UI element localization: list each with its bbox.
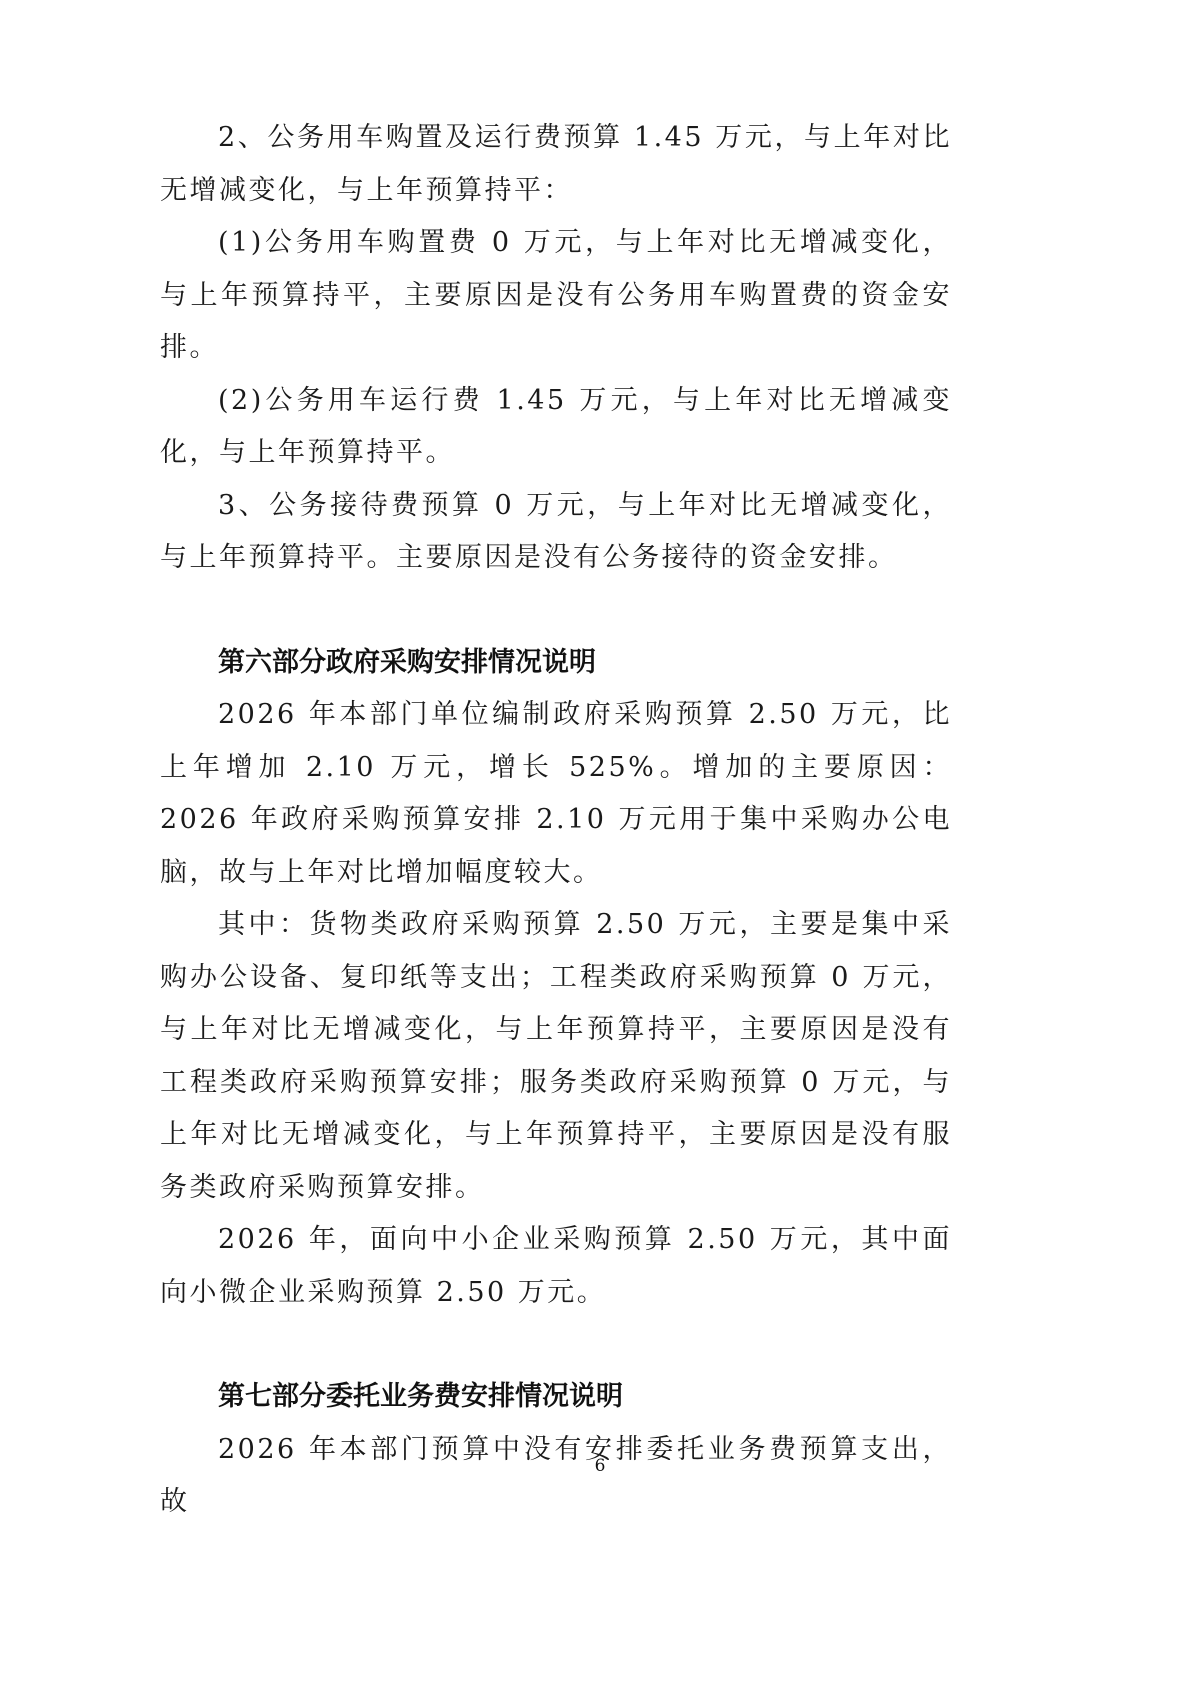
procurement-summary-paragraph: 2026 年本部门单位编制政府采购预算 2.50 万元，比上年增加 2.10 万… [160,689,952,899]
page-number: 6 [0,1456,1200,1476]
procurement-breakdown-paragraph: 其中：货物类政府采购预算 2.50 万元，主要是集中采购办公设备、复印纸等支出；… [160,899,952,1214]
section-spacer [160,585,952,637]
official-vehicle-budget-paragraph: 2、公务用车购置及运行费预算 1.45 万元，与上年对比无增减变化，与上年预算持… [160,112,952,217]
section-heading-entrusted-business-fees: 第七部分委托业务费安排情况说明 [160,1371,952,1424]
vehicle-operating-cost-paragraph: (2)公务用车运行费 1.45 万元，与上年对比无增减变化，与上年预算持平。 [160,375,952,480]
vehicle-purchase-cost-paragraph: (1)公务用车购置费 0 万元，与上年对比无增减变化，与上年预算持平，主要原因是… [160,217,952,375]
sme-procurement-paragraph: 2026 年，面向中小企业采购预算 2.50 万元，其中面向小微企业采购预算 2… [160,1214,952,1319]
section-heading-government-procurement: 第六部分政府采购安排情况说明 [160,637,952,690]
page-content: 2、公务用车购置及运行费预算 1.45 万元，与上年对比无增减变化，与上年预算持… [160,112,952,1529]
document-page: 2、公务用车购置及运行费预算 1.45 万元，与上年对比无增减变化，与上年预算持… [0,0,1200,1697]
entrusted-business-fees-paragraph: 2026 年本部门预算中没有安排委托业务费预算支出，故 [160,1424,952,1529]
official-reception-budget-paragraph: 3、公务接待费预算 0 万元，与上年对比无增减变化，与上年预算持平。主要原因是没… [160,480,952,585]
section-spacer [160,1319,952,1371]
